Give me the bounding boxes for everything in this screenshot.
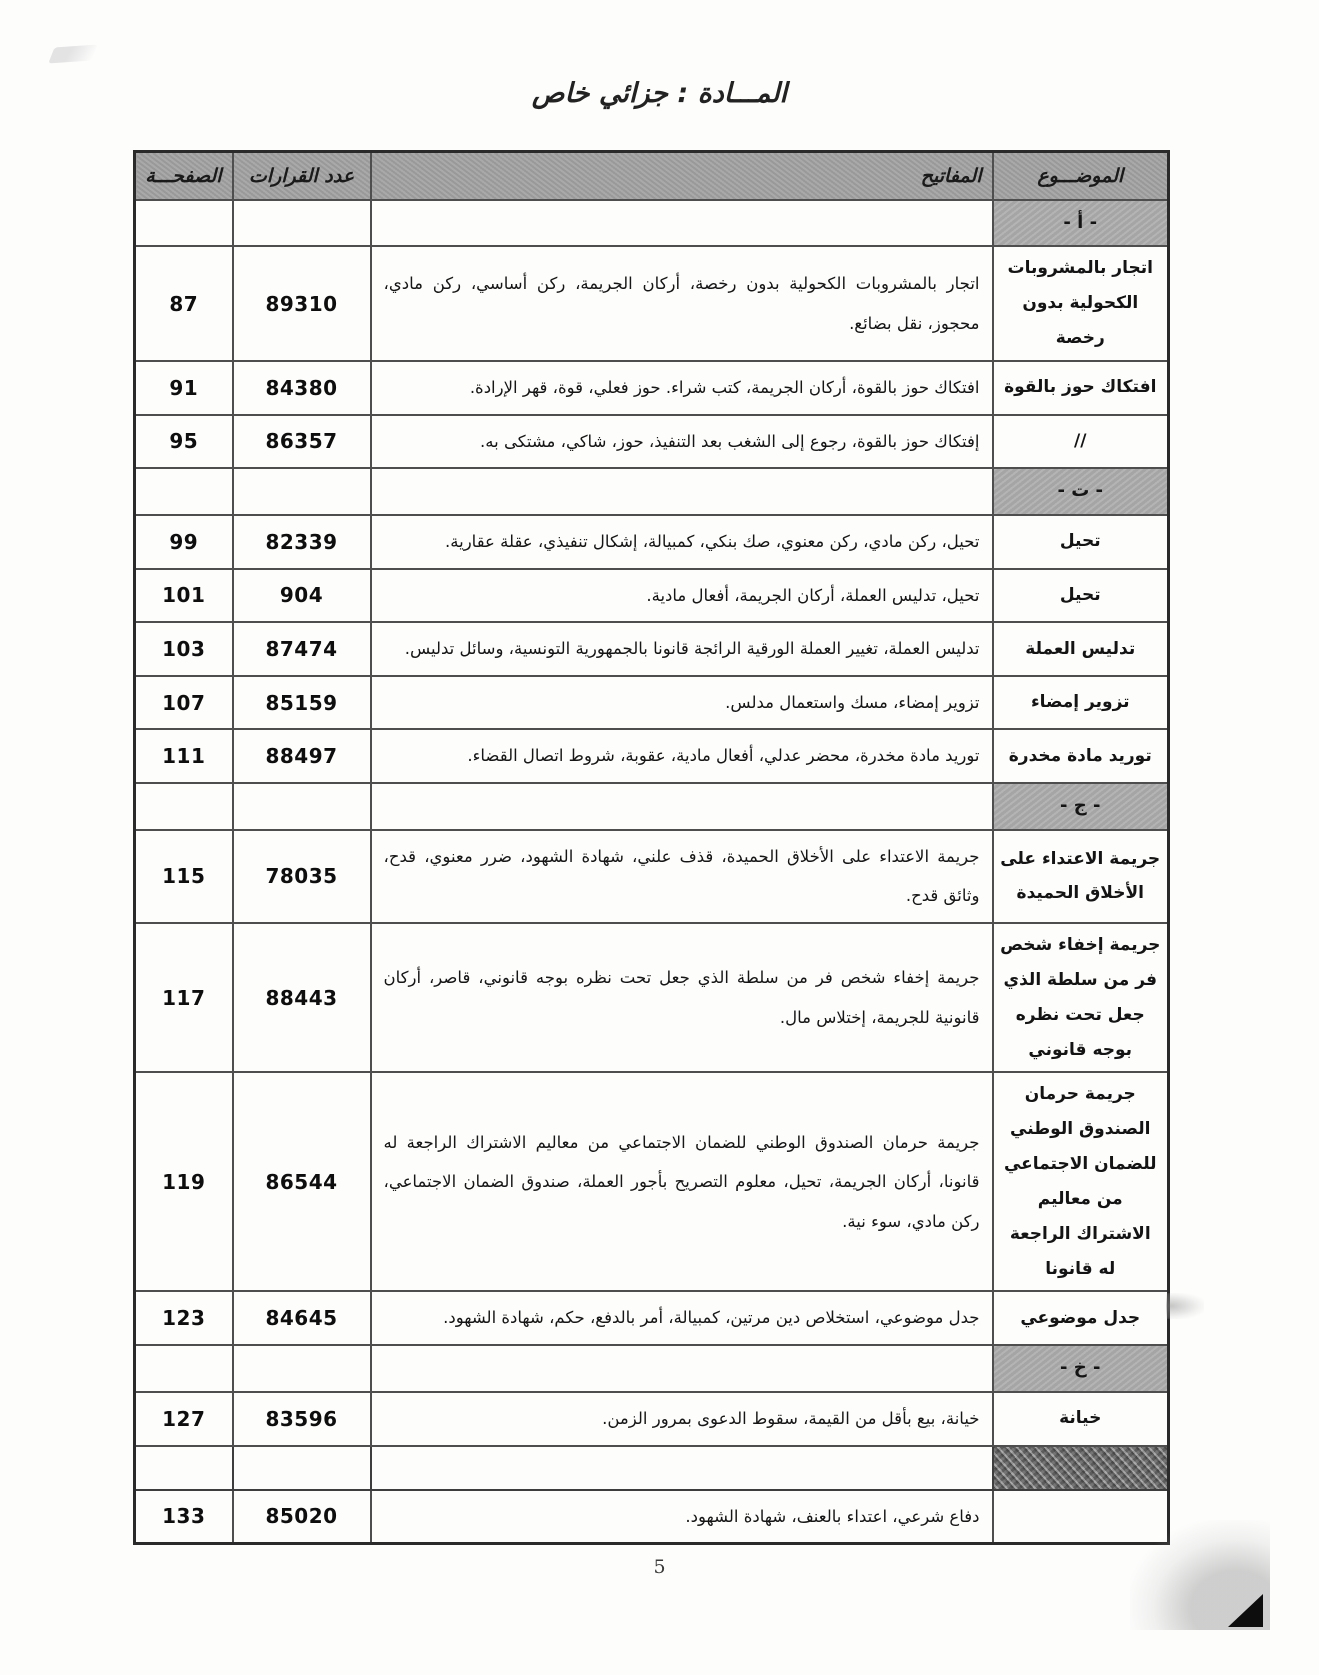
page-number-cell: 115 [135, 830, 233, 923]
subject-cell: - ت - [993, 468, 1169, 515]
decision-number-cell [233, 1345, 371, 1392]
keywords-cell: إفتكاك حوز بالقوة، رجوع إلى الشغب بعد ال… [371, 415, 993, 469]
keywords-cell: دفاع شرعي، اعتداء بالعنف، شهادة الشهود. [371, 1490, 993, 1544]
subject-cell: تحيل [993, 515, 1169, 569]
index-table-wrap: الموضـــوع المفاتيح عدد القرارات الصفحــ… [133, 150, 1167, 1545]
decision-number-cell: 84645 [233, 1291, 371, 1345]
decision-number-cell [233, 200, 371, 247]
column-header-decisions: عدد القرارات [233, 152, 371, 200]
page-number-cell: 103 [135, 622, 233, 676]
subject-cell: توريد مادة مخدرة [993, 729, 1169, 783]
subject-cell: جريمة حرمان الصندوق الوطني للضمان الاجتم… [993, 1072, 1169, 1291]
index-table-header: الموضـــوع المفاتيح عدد القرارات الصفحــ… [135, 152, 1169, 200]
subject-cell [993, 1446, 1169, 1490]
page-number-cell: 117 [135, 923, 233, 1072]
page-number-cell: 91 [135, 361, 233, 415]
subject-cell: جدل موضوعي [993, 1291, 1169, 1345]
table-row [135, 1446, 1169, 1490]
keywords-cell [371, 1446, 993, 1490]
decision-number-cell: 86544 [233, 1072, 371, 1291]
page-number-cell [135, 200, 233, 247]
table-row: - ج - [135, 783, 1169, 830]
decision-number-cell: 85020 [233, 1490, 371, 1544]
keywords-cell: توريد مادة مخدرة، محضر عدلي، أفعال مادية… [371, 729, 993, 783]
page-number-cell: 133 [135, 1490, 233, 1544]
decision-number-cell: 82339 [233, 515, 371, 569]
column-header-subject: الموضـــوع [993, 152, 1169, 200]
subject-cell: افتكاك حوز بالقوة [993, 361, 1169, 415]
keywords-cell: افتكاك حوز بالقوة، أركان الجريمة، كتب شر… [371, 361, 993, 415]
page-number-cell [135, 783, 233, 830]
keywords-cell [371, 783, 993, 830]
keywords-cell [371, 1345, 993, 1392]
index-table-body: - أ - اتجار بالمشروبات الكحولية بدون رخص… [135, 200, 1169, 1544]
decision-number-cell: 904 [233, 569, 371, 623]
table-row: تحيل تحيل، ركن مادي، ركن معنوي، صك بنكي،… [135, 515, 1169, 569]
page-number-cell: 111 [135, 729, 233, 783]
subject-cell: تزوير إمضاء [993, 676, 1169, 730]
decision-number-cell: 87474 [233, 622, 371, 676]
subject-cell: تحيل [993, 569, 1169, 623]
table-row: تدليس العملة تدليس العملة، تغيير العملة … [135, 622, 1169, 676]
table-row: - ت - [135, 468, 1169, 515]
page-number-cell: 107 [135, 676, 233, 730]
page-number-cell [135, 468, 233, 515]
table-row: جريمة الاعتداء على الأخلاق الحميدة جريمة… [135, 830, 1169, 923]
decision-number-cell: 78035 [233, 830, 371, 923]
table-row: توريد مادة مخدرة توريد مادة مخدرة، محضر … [135, 729, 1169, 783]
table-row: جريمة إخفاء شخص فر من سلطة الذي جعل تحت … [135, 923, 1169, 1072]
subject-cell: خيانة [993, 1392, 1169, 1446]
page-title: المـــادة : جزائي خاص [0, 78, 1319, 109]
table-row: تحيل تحيل، تدليس العملة، أركان الجريمة، … [135, 569, 1169, 623]
decision-number-cell: 83596 [233, 1392, 371, 1446]
decision-number-cell: 89310 [233, 246, 371, 361]
keywords-cell: تزوير إمضاء، مسك واستعمال مدلس. [371, 676, 993, 730]
table-row: // إفتكاك حوز بالقوة، رجوع إلى الشغب بعد… [135, 415, 1169, 469]
decision-number-cell: 85159 [233, 676, 371, 730]
keywords-cell: اتجار بالمشروبات الكحولية بدون رخصة، أرك… [371, 246, 993, 361]
table-row: جريمة حرمان الصندوق الوطني للضمان الاجتم… [135, 1072, 1169, 1291]
keywords-cell: جريمة إخفاء شخص فر من سلطة الذي جعل تحت … [371, 923, 993, 1072]
page-number-cell: 99 [135, 515, 233, 569]
page-number-cell: 101 [135, 569, 233, 623]
page-number-cell: 87 [135, 246, 233, 361]
decision-number-cell [233, 1446, 371, 1490]
table-row: اتجار بالمشروبات الكحولية بدون رخصة اتجا… [135, 246, 1169, 361]
keywords-cell: تحيل، تدليس العملة، أركان الجريمة، أفعال… [371, 569, 993, 623]
page-number-cell: 119 [135, 1072, 233, 1291]
subject-cell: تدليس العملة [993, 622, 1169, 676]
decision-number-cell [233, 783, 371, 830]
pen-smudge-mark [48, 45, 98, 64]
subject-cell: - خ - [993, 1345, 1169, 1392]
footer-page-number: 5 [0, 1556, 1319, 1578]
decision-number-cell: 84380 [233, 361, 371, 415]
edge-smudge-mark [1166, 1293, 1204, 1319]
keywords-cell [371, 468, 993, 515]
table-row: جدل موضوعي جدل موضوعي، استخلاص دين مرتين… [135, 1291, 1169, 1345]
subject-cell: - أ - [993, 200, 1169, 247]
keywords-cell: جريمة حرمان الصندوق الوطني للضمان الاجتم… [371, 1072, 993, 1291]
page-curl-corner-mark [1228, 1594, 1263, 1627]
keywords-cell: خيانة، بيع بأقل من القيمة، سقوط الدعوى ب… [371, 1392, 993, 1446]
decision-number-cell: 88443 [233, 923, 371, 1072]
table-row: خيانة خيانة، بيع بأقل من القيمة، سقوط ال… [135, 1392, 1169, 1446]
column-header-page: الصفحـــة [135, 152, 233, 200]
decision-number-cell: 86357 [233, 415, 371, 469]
keywords-cell: جدل موضوعي، استخلاص دين مرتين، كمبيالة، … [371, 1291, 993, 1345]
page-number-cell: 95 [135, 415, 233, 469]
keywords-cell: تدليس العملة، تغيير العملة الورقية الرائ… [371, 622, 993, 676]
keywords-cell [371, 200, 993, 247]
page-number-cell: 123 [135, 1291, 233, 1345]
table-row: افتكاك حوز بالقوة افتكاك حوز بالقوة، أرك… [135, 361, 1169, 415]
page-number-cell: 127 [135, 1392, 233, 1446]
table-row: دفاع شرعي، اعتداء بالعنف، شهادة الشهود. … [135, 1490, 1169, 1544]
subject-cell: - ج - [993, 783, 1169, 830]
table-row: - خ - [135, 1345, 1169, 1392]
decision-number-cell: 88497 [233, 729, 371, 783]
subject-cell: // [993, 415, 1169, 469]
index-table: الموضـــوع المفاتيح عدد القرارات الصفحــ… [133, 150, 1170, 1545]
subject-cell: جريمة إخفاء شخص فر من سلطة الذي جعل تحت … [993, 923, 1169, 1072]
subject-cell: اتجار بالمشروبات الكحولية بدون رخصة [993, 246, 1169, 361]
page-number-cell [135, 1446, 233, 1490]
decision-number-cell [233, 468, 371, 515]
subject-cell: جريمة الاعتداء على الأخلاق الحميدة [993, 830, 1169, 923]
page-number-cell [135, 1345, 233, 1392]
column-header-keys: المفاتيح [371, 152, 993, 200]
keywords-cell: تحيل، ركن مادي، ركن معنوي، صك بنكي، كمبي… [371, 515, 993, 569]
keywords-cell: جريمة الاعتداء على الأخلاق الحميدة، قذف … [371, 830, 993, 923]
table-row: تزوير إمضاء تزوير إمضاء، مسك واستعمال مد… [135, 676, 1169, 730]
table-row: - أ - [135, 200, 1169, 247]
